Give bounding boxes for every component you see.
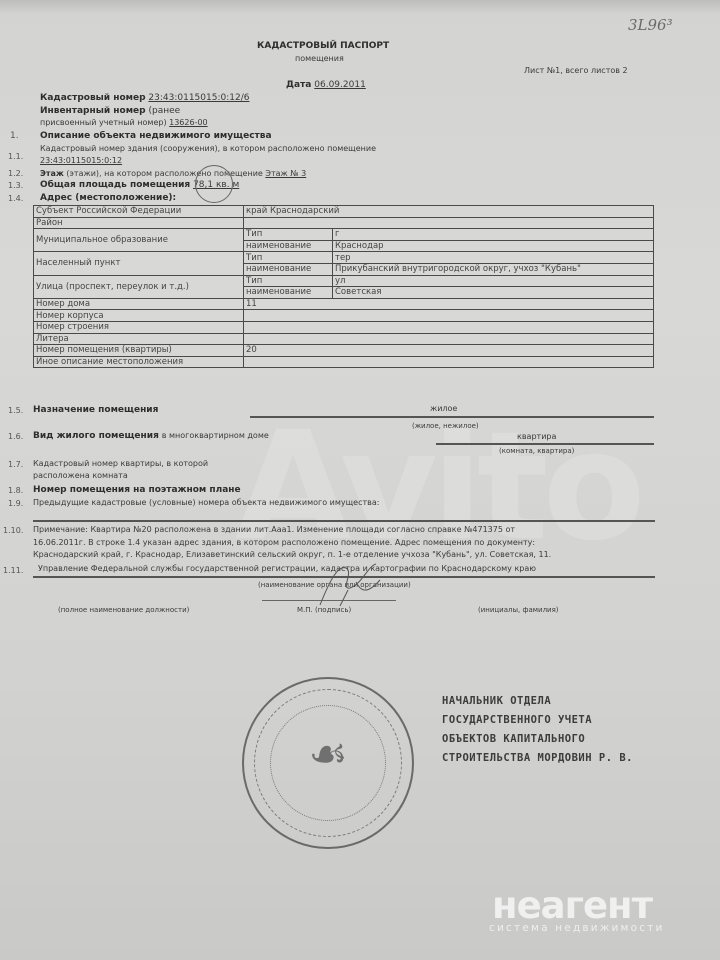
date-value: 06.09.2011 [314,80,366,90]
item-1-9-number: 1.9. [8,499,23,508]
item-1-1-number: 1.1. [8,152,23,161]
neagent-logo: неагент [492,884,652,927]
address-korpus-label: Номер корпуса [34,310,244,322]
address-building-label: Номер строения [34,321,244,333]
address-municipal-type-value: г [333,229,654,241]
address-street-name-label: наименование [244,287,333,299]
stamp-line-4: СТРОИТЕЛЬСТВА МОРДОВИН Р. В. [442,749,633,768]
address-apartment-label: Номер помещения (квартиры) [34,345,244,357]
top-shadow [0,0,720,14]
item-1-6-value: квартира [517,432,556,441]
address-settlement-label: Населенный пункт [34,252,244,275]
item-1-3-label: Общая площадь помещения [40,180,190,190]
inventory-label-2: присвоенный учетный номер) [40,118,167,127]
address-municipal-label: Муниципальное образование [34,229,244,252]
address-other-label: Иное описание местоположения [34,356,244,368]
table-row: Номер дома 11 [34,298,654,310]
document-subtitle: помещения [295,54,344,63]
item-1-2-label: Этаж [40,169,64,178]
item-1-5-underline [250,416,654,418]
item-1-4-label: Адрес (местоположение): [40,193,176,203]
address-street-type-label: Тип [244,275,333,287]
item-1-7-number: 1.7. [8,460,23,469]
item-1-6-text: в многоквартирном доме [162,431,269,440]
table-row: Литера [34,333,654,345]
table-row: Улица (проспект, переулок и т.д.) Тип ул [34,275,654,287]
item-1-1-text: Кадастровый номер здания (сооружения), в… [40,144,376,153]
address-street-name-value: Советская [333,287,654,299]
coat-of-arms-icon: ☙ [244,729,412,780]
inventory-row: Инвентарный номер (ранее [40,106,180,116]
item-1-2-text: (этажи), на котором расположено помещени… [66,169,262,178]
address-korpus-value [244,310,654,322]
document-title: КАДАСТРОВЫЙ ПАСПОРТ [257,41,389,51]
item-1-9-text: Предыдущие кадастровые (условные) номера… [33,498,379,507]
inventory-row-2: присвоенный учетный номер) 13626-00 [40,118,208,127]
table-row: Номер строения [34,321,654,333]
address-litera-value [244,333,654,345]
signature-scribble [310,560,390,610]
item-1-3-number: 1.3. [8,181,23,190]
address-table: Субъект Российской Федерации край Красно… [33,205,654,368]
item-1-10-number: 1.10. [3,526,23,535]
address-district-label: Район [34,217,244,229]
item-1-11-text: Управление Федеральной службы государств… [38,564,536,573]
position-hint: (полное наименование должности) [58,606,189,614]
cadastral-value: 23:43:0115015:0:12/6 [148,93,249,103]
item-1-7-text-2: расположена комната [33,471,128,480]
pen-circle-mark [195,165,233,203]
note-line-1: Примечание: Квартира №20 расположена в з… [33,525,515,534]
table-row: Субъект Российской Федерации край Красно… [34,206,654,218]
address-house-label: Номер дома [34,298,244,310]
date-row: Дата 06.09.2011 [286,80,366,90]
address-district-value [244,217,654,229]
item-1-6-row: Вид жилого помещения в многоквартирном д… [33,431,269,441]
section-1-number: 1. [10,131,19,141]
inventory-note: (ранее [148,106,180,116]
date-label: Дата [286,80,311,90]
address-settlement-name-value: Прикубанский внутригородской округ, учхо… [333,263,654,275]
address-settlement-type-value: тер [333,252,654,264]
item-1-2-row: Этаж (этажи), на котором расположено пом… [40,169,306,178]
cadastral-label: Кадастровый номер [40,93,146,103]
item-1-5-value: жилое [430,404,457,413]
item-1-8-number: 1.8. [8,486,23,495]
official-seal: ☙ [242,677,414,849]
address-municipal-name-label: наименование [244,240,333,252]
name-hint: (инициалы, фамилия) [478,606,559,614]
inventory-value: 13626-00 [169,118,208,127]
item-1-1-value: 23:43:0115015:0:12 [40,156,122,165]
item-1-7-text-1: Кадастровый номер квартиры, в которой [33,459,208,468]
divider-line [33,520,655,522]
note-line-2: 16.06.2011г. В строке 1.4 указан адрес з… [33,538,535,547]
address-building-value [244,321,654,333]
item-1-2-number: 1.2. [8,169,23,178]
item-1-11-number: 1.11. [3,566,23,575]
item-1-5-number: 1.5. [8,406,23,415]
address-litera-label: Литера [34,333,244,345]
item-1-2-value: Этаж № 3 [265,169,306,178]
sheet-number: Лист №1, всего листов 2 [524,66,628,75]
item-1-6-underline [436,443,654,445]
item-1-6-hint: (комната, квартира) [499,447,574,455]
address-settlement-type-label: Тип [244,252,333,264]
note-line-3: Краснодарский край, г. Краснодар, Елизав… [33,550,551,559]
handwritten-number: 3L96³ [628,16,673,34]
stamp-line-2: ГОСУДАРСТВЕННОГО УЧЕТА [442,711,633,730]
address-street-label: Улица (проспект, переулок и т.д.) [34,275,244,298]
table-row: Район [34,217,654,229]
officer-stamp: НАЧАЛЬНИК ОТДЕЛА ГОСУДАРСТВЕННОГО УЧЕТА … [442,692,633,768]
item-1-5-hint: (жилое, нежилое) [412,422,479,430]
address-subject-value: край Краснодарский [244,206,654,218]
table-row: Муниципальное образование Тип г [34,229,654,241]
inventory-label: Инвентарный номер [40,106,146,116]
item-1-6-label: Вид жилого помещения [33,431,159,441]
item-1-6-number: 1.6. [8,432,23,441]
neagent-tagline: система недвижимости [489,922,665,934]
cadastral-number-row: Кадастровый номер 23:43:0115015:0:12/6 [40,93,249,103]
section-1-title: Описание объекта недвижимого имущества [40,131,272,141]
item-1-8-label: Номер помещения на поэтажном плане [33,485,241,495]
address-settlement-name-label: наименование [244,263,333,275]
address-subject-label: Субъект Российской Федерации [34,206,244,218]
address-other-value [244,356,654,368]
table-row: Иное описание местоположения [34,356,654,368]
table-row: Населенный пункт Тип тер [34,252,654,264]
stamp-line-1: НАЧАЛЬНИК ОТДЕЛА [442,692,633,711]
stamp-line-3: ОБЪЕКТОВ КАПИТАЛЬНОГО [442,730,633,749]
address-municipal-name-value: Краснодар [333,240,654,252]
address-municipal-type-label: Тип [244,229,333,241]
item-1-4-number: 1.4. [8,194,23,203]
table-row: Номер помещения (квартиры) 20 [34,345,654,357]
address-apartment-value: 20 [244,345,654,357]
address-house-value: 11 [244,298,654,310]
table-row: Номер корпуса [34,310,654,322]
item-1-5-label: Назначение помещения [33,405,158,415]
address-street-type-value: ул [333,275,654,287]
